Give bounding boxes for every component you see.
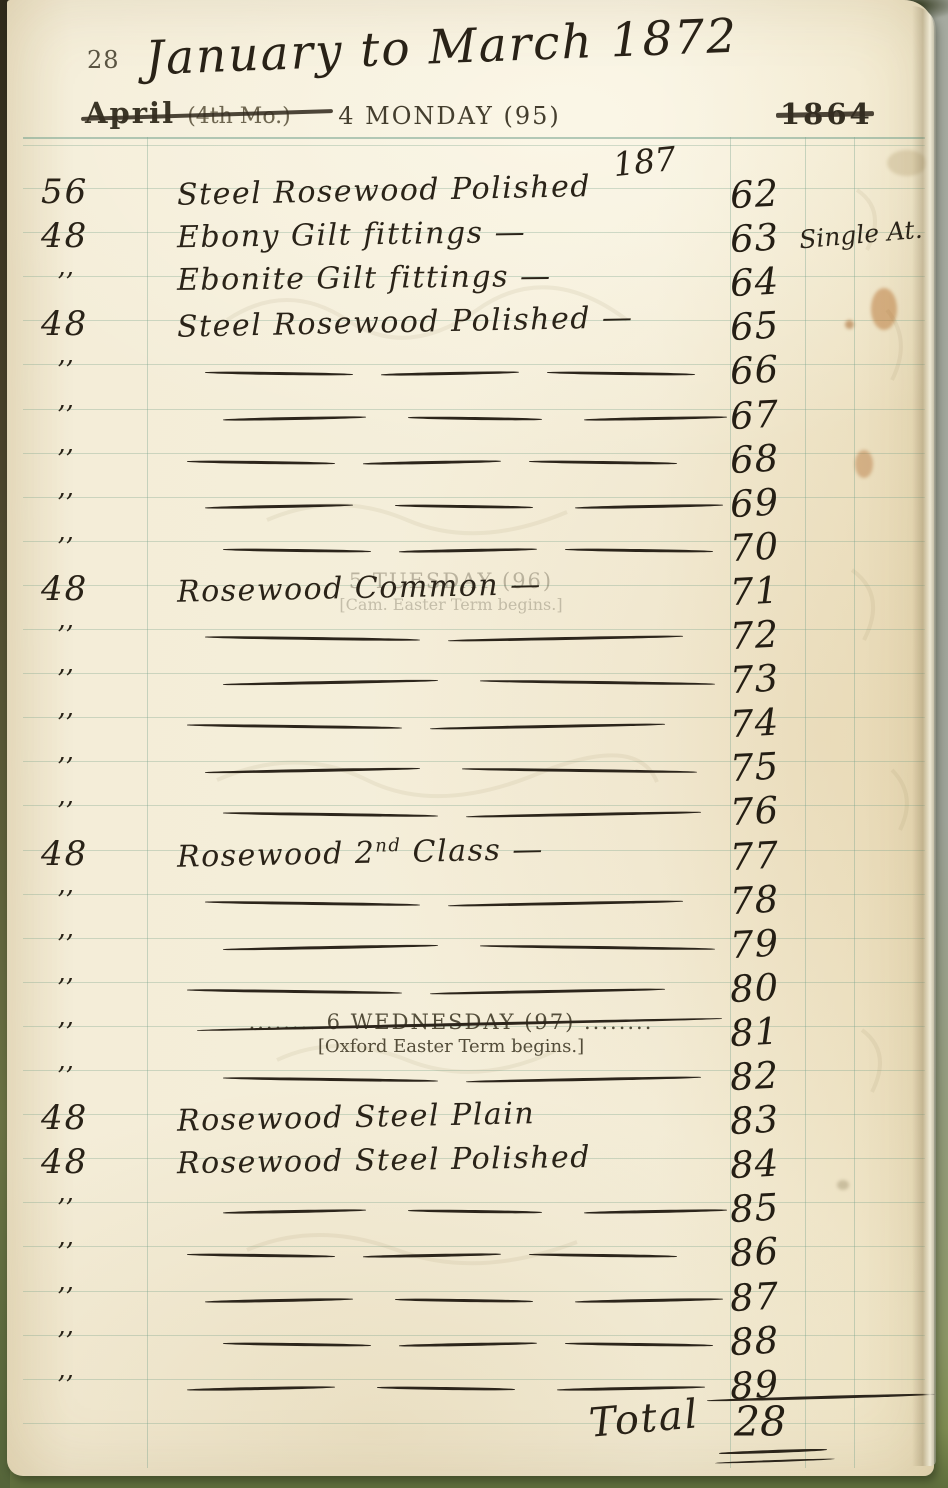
serial-number-cell: 64: [729, 258, 811, 305]
quantity-cell: 48: [41, 304, 141, 344]
ditto-dash-stroke: [205, 767, 420, 774]
description-cell: Rosewood 2nd Class —: [177, 828, 726, 874]
ledger-row: ’’ 67: [7, 393, 948, 437]
quantity-cell: ’’: [57, 401, 157, 431]
quantity-cell: 48: [41, 1098, 141, 1138]
ditto-dashes: [187, 813, 727, 816]
ditto-dash-stroke: [529, 460, 677, 465]
quantity-cell: ’’: [57, 1283, 157, 1313]
ditto-dashes: [187, 372, 727, 375]
quantity-cell: 48: [41, 216, 141, 256]
ditto-dashes: [187, 549, 727, 552]
ditto-dash-stroke: [448, 899, 683, 906]
ditto-dash-stroke: [480, 944, 715, 950]
ditto-dashes: [187, 769, 727, 772]
ledger-row: ’’ 82: [7, 1054, 948, 1098]
ditto-dashes: [187, 1210, 727, 1213]
ledger-row: ’’ 80: [7, 966, 948, 1010]
ditto-dash-stroke: [575, 503, 723, 508]
serial-number-cell: 81: [729, 1008, 811, 1055]
ditto-dash-stroke: [480, 679, 715, 685]
ditto-dashes: [187, 946, 727, 949]
ledger-row: ’’ Ebonite Gilt fittings — 64: [7, 260, 948, 304]
ditto-dash-stroke: [565, 1342, 713, 1347]
total-label: Total: [587, 1391, 701, 1446]
serial-number-cell: 89: [729, 1361, 811, 1408]
ledger-row: ’’ 87: [7, 1275, 948, 1319]
ditto-dash-stroke: [466, 811, 701, 818]
serial-number-cell: 87: [729, 1272, 811, 1319]
ditto-dash-stroke: [395, 504, 533, 508]
ditto-dash-stroke: [223, 415, 366, 420]
ditto-dashes: [187, 681, 727, 684]
description-cell: Rosewood Steel Plain: [177, 1092, 726, 1138]
ledger-row: ’’ 89: [7, 1363, 948, 1407]
ledger-row: 48 Ebony Gilt fittings — 63 Single At.: [7, 216, 948, 260]
ledger-row: ’’ 68: [7, 437, 948, 481]
rust-stain: [845, 320, 854, 329]
printed-page-number: 28: [87, 46, 120, 74]
quantity-cell: ’’: [57, 665, 157, 695]
ditto-dash-stroke: [187, 1253, 335, 1258]
quantity-cell: ’’: [57, 356, 157, 386]
ditto-dashes: [187, 417, 727, 420]
serial-number-cell: 85: [729, 1184, 811, 1231]
description-cell: Steel Rosewood Polished —: [177, 299, 726, 345]
ledger-row: ’’ 72: [7, 613, 948, 657]
ledger-paper: 28 April (4th Mo.) 4 MONDAY (95) 1864 Ja…: [7, 0, 934, 1476]
serial-number-cell: 75: [729, 743, 811, 790]
ditto-dashes: [187, 725, 727, 728]
ditto-dash-stroke: [430, 723, 665, 730]
quantity-cell: ’’: [57, 1238, 157, 1268]
quantity-cell: 56: [41, 172, 141, 212]
ditto-dash-stroke: [408, 1209, 542, 1213]
ledger-row: 48 Rosewood Steel Plain 83: [7, 1098, 948, 1142]
rust-stain: [855, 450, 873, 478]
serial-number-cell: 74: [729, 699, 811, 746]
scanned-ledger-page: 28 April (4th Mo.) 4 MONDAY (95) 1864 Ja…: [0, 0, 948, 1488]
quantity-cell: ’’: [57, 1018, 157, 1048]
ditto-dash-stroke: [575, 1297, 723, 1302]
quantity-cell: ’’: [57, 533, 157, 563]
ledger-row: ’’ 85: [7, 1186, 948, 1230]
serial-number-cell: 69: [729, 479, 811, 526]
ditto-dash-stroke: [205, 1297, 353, 1302]
ditto-dash-stroke: [205, 900, 420, 906]
ditto-dash-stroke: [565, 548, 713, 553]
rust-stain: [871, 288, 897, 330]
serial-number-cell: 82: [729, 1052, 811, 1099]
ditto-dashes: [187, 637, 727, 640]
ditto-dashes: [187, 1254, 727, 1257]
ledger-row: ’’ 86: [7, 1230, 948, 1274]
ditto-dash-stroke: [529, 1253, 677, 1258]
ledger-row: ’’ 75: [7, 745, 948, 789]
ditto-dash-stroke: [187, 1385, 335, 1390]
ditto-dashes: [187, 1343, 727, 1346]
ledger-row: ’’ 79: [7, 922, 948, 966]
serial-number-cell: 76: [729, 787, 811, 834]
ledger-row: ’’ ........ 6 WEDNESDAY (97) ........ [O…: [7, 1010, 948, 1054]
quantity-cell: ’’: [57, 886, 157, 916]
ledger-row: 48 Steel Rosewood Polished — 65: [7, 304, 948, 348]
ledger-row: ’’ 69: [7, 481, 948, 525]
ledger-row: 56 Steel Rosewood Polished 62: [7, 172, 948, 216]
serial-number-cell: 84: [729, 1140, 811, 1187]
quantity-cell: ’’: [57, 1371, 157, 1401]
ditto-dash-stroke: [187, 460, 335, 465]
ditto-dash-stroke: [223, 1342, 371, 1347]
ledger-row: ’’ 88: [7, 1319, 948, 1363]
quantity-cell: ’’: [57, 489, 157, 519]
ditto-dashes: [187, 505, 727, 508]
ditto-dash-stroke: [223, 1209, 366, 1214]
ditto-dashes: [187, 1387, 727, 1390]
serial-number-cell: 71: [729, 567, 811, 614]
ditto-dash-stroke: [466, 1076, 701, 1083]
quantity-cell: ’’: [57, 621, 157, 651]
description-cell: Rosewood Steel Polished: [177, 1138, 725, 1182]
quantity-cell: ’’: [57, 1062, 157, 1092]
ledger-row: ’’ 70: [7, 525, 948, 569]
serial-number-cell: 79: [729, 920, 811, 967]
serial-number-cell: 68: [729, 435, 811, 482]
printed-day-heading: 4 MONDAY (95): [177, 102, 722, 130]
serial-number-cell: 88: [729, 1317, 811, 1364]
serial-number-cell: 86: [729, 1228, 811, 1275]
printed-overprint-heading: ........ 6 WEDNESDAY (97) ........: [177, 1010, 725, 1034]
ledger-row: ’’ 76: [7, 789, 948, 833]
quantity-cell: 48: [41, 1142, 141, 1182]
ditto-dash-stroke: [363, 459, 501, 464]
quantity-cell: 48: [41, 834, 141, 874]
ditto-dash-stroke: [223, 548, 371, 553]
ditto-dash-stroke: [448, 635, 683, 642]
description-cell: Steel Rosewood Polished: [177, 166, 726, 212]
serial-number-cell: 65: [729, 302, 811, 349]
ledger-row: ’’ 74: [7, 701, 948, 745]
ditto-dashes: [187, 461, 727, 464]
quantity-cell: ’’: [57, 753, 157, 783]
ditto-dash-stroke: [584, 1209, 727, 1214]
ditto-dash-stroke: [557, 1385, 705, 1390]
serial-number-cell: 83: [729, 1096, 811, 1143]
total-underline: [715, 1458, 835, 1464]
quantity-cell: ’’: [57, 974, 157, 1004]
ledger-row: 48 Rosewood 2nd Class — 77: [7, 834, 948, 878]
serial-number-cell: 78: [729, 876, 811, 923]
ditto-dash-stroke: [223, 812, 438, 818]
ditto-dash-stroke: [223, 944, 438, 951]
ditto-dash-stroke: [399, 547, 537, 552]
ledger-row: ’’ 78: [7, 878, 948, 922]
quantity-cell: ’’: [57, 797, 157, 827]
ditto-dash-stroke: [462, 768, 697, 774]
description-cell: Ebony Gilt fittings —: [177, 212, 725, 256]
ditto-dash-stroke: [223, 1076, 438, 1082]
ditto-dash-stroke: [547, 371, 695, 376]
serial-number-cell: 70: [729, 523, 811, 570]
serial-number-cell: 62: [729, 170, 811, 217]
ditto-dash-stroke: [205, 635, 420, 641]
ditto-dash-stroke: [399, 1341, 537, 1346]
ditto-dash-stroke: [377, 1386, 515, 1390]
ditto-dash-stroke: [205, 371, 353, 376]
ledger-row: 48 Rosewood Steel Polished 84: [7, 1142, 948, 1186]
ditto-dash-stroke: [363, 1253, 501, 1258]
handwritten-title: January to March 1872: [144, 9, 739, 87]
ditto-dash-stroke: [584, 415, 727, 420]
ditto-dashes: [187, 990, 727, 993]
ditto-dash-stroke: [430, 988, 665, 995]
ledger-row: ’’ 73: [7, 657, 948, 701]
feint-line: [23, 1423, 925, 1424]
quantity-cell: ’’: [57, 1194, 157, 1224]
ditto-dashes: [187, 902, 727, 905]
margin-note: Single At.: [798, 215, 924, 255]
ditto-dashes: [187, 1078, 727, 1081]
serial-number-cell: 73: [729, 655, 811, 702]
serial-number-cell: 77: [729, 831, 811, 878]
serial-number-cell: 72: [729, 611, 811, 658]
serial-number-cell: 80: [729, 964, 811, 1011]
ditto-dash-stroke: [205, 503, 353, 508]
quantity-cell: ’’: [57, 709, 157, 739]
quantity-cell: ’’: [57, 930, 157, 960]
age-stain: [837, 1180, 849, 1190]
feint-line: [23, 137, 925, 139]
printed-overprint-note: [Oxford Easter Term begins.]: [177, 1036, 725, 1057]
description-cell: Ebonite Gilt fittings —: [177, 257, 725, 298]
serial-number-cell: 66: [729, 346, 811, 393]
quantity-cell: ’’: [57, 445, 157, 475]
printed-day-overprint: ........ 6 WEDNESDAY (97) ........ [Oxfo…: [177, 1010, 725, 1057]
serial-number-cell: 67: [729, 390, 811, 437]
ditto-dash-stroke: [223, 679, 438, 686]
quantity-cell: 48: [41, 569, 141, 609]
ditto-dash-stroke: [408, 416, 542, 420]
ledger-row: ’’ 66: [7, 348, 948, 392]
quantity-cell: ’’: [57, 268, 157, 298]
ditto-dashes: [187, 1299, 727, 1302]
feint-line: [23, 145, 925, 146]
ledger-row: 48 5 TUESDAY (96) [Cam. Easter Term begi…: [7, 569, 948, 613]
ditto-dash-stroke: [187, 988, 402, 994]
ditto-dash-stroke: [187, 724, 402, 730]
total-underline: [719, 1448, 827, 1454]
ditto-dash-stroke: [395, 1298, 533, 1302]
quantity-cell: ’’: [57, 1327, 157, 1357]
ditto-dash-stroke: [381, 371, 519, 376]
